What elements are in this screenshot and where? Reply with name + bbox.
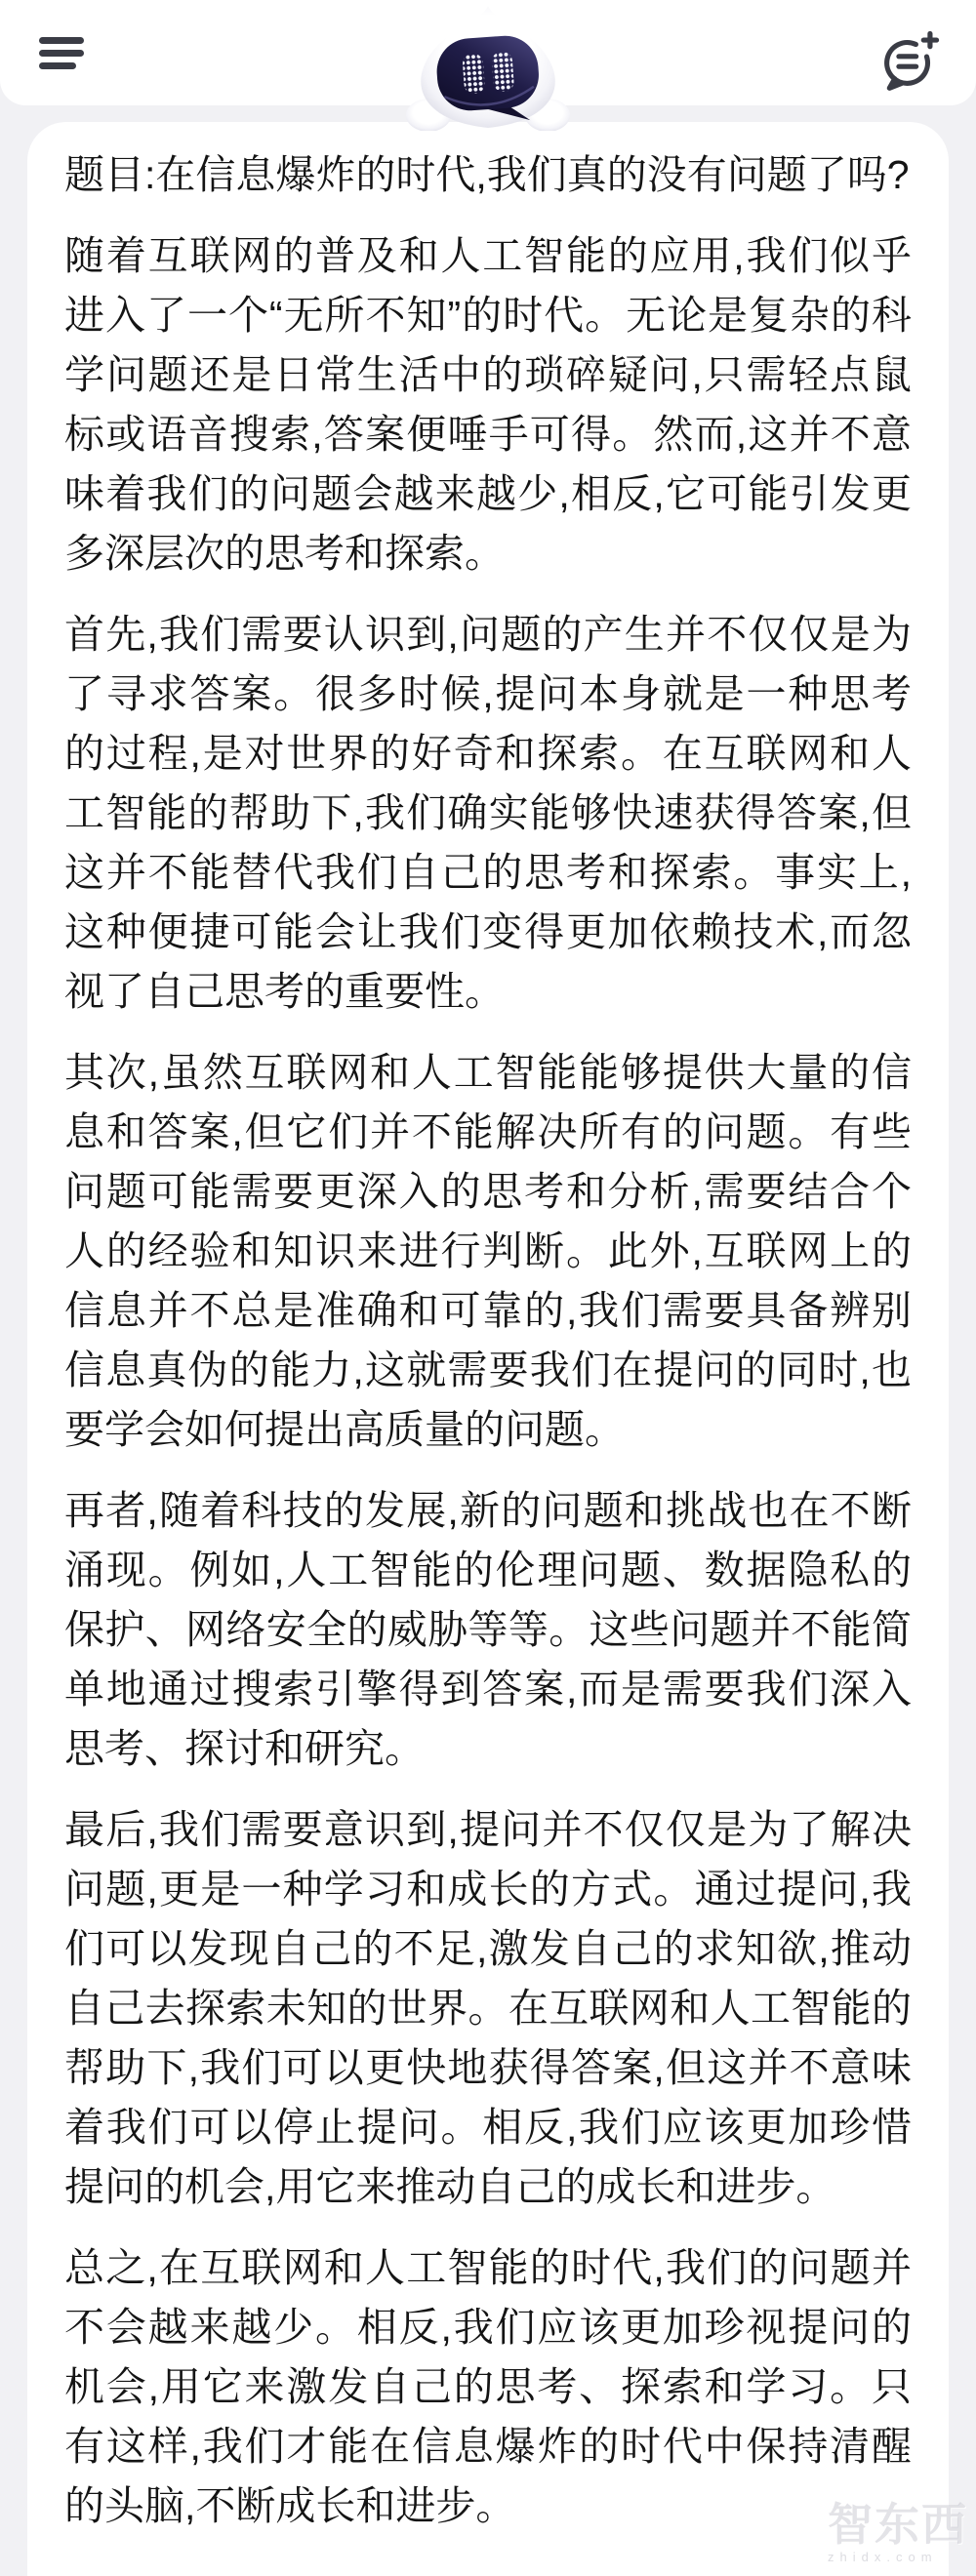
hamburger-menu-icon (39, 50, 84, 57)
hamburger-menu-icon (39, 37, 84, 44)
essay-paragraph: 其次,虽然互联网和人工智能能够提供大量的信息和答案,但它们并不能解决所有的问题。… (64, 1043, 912, 1460)
hamburger-menu-icon (39, 62, 76, 69)
mascot-left-eye (462, 53, 485, 94)
essay-paragraph: 总之,在互联网和人工智能的时代,我们的问题并不会越来越少。相反,我们应该更加珍视… (64, 2238, 912, 2536)
new-chat-icon (878, 29, 941, 92)
essay-paragraph: 再者,随着科技的发展,新的问题和挑战也在不断涌现。例如,人工智能的伦理问题、数据… (64, 1481, 912, 1779)
essay-paragraph: 最后,我们需要意识到,提问并不仅仅是为了解决问题,更是一种学习和成长的方式。通过… (64, 1800, 912, 2217)
mascot-right-eye (491, 51, 514, 92)
essay-card: 题目:在信息爆炸的时代,我们真的没有问题了吗? 随着互联网的普及和人工智能的应用… (27, 122, 949, 2576)
essay-title: 题目:在信息爆炸的时代,我们真的没有问题了吗? (64, 145, 912, 205)
essay-paragraph: 随着互联网的普及和人工智能的应用,我们似乎进入了一个“无所不知”的时代。无论是复… (64, 226, 912, 584)
menu-button[interactable] (39, 37, 86, 72)
essay-paragraph: 首先,我们需要认识到,问题的产生并不仅仅是为了寻求答案。很多时候,提问本身就是一… (64, 605, 912, 1022)
new-chat-button[interactable] (878, 29, 941, 92)
robot-mascot-logo (385, 4, 591, 131)
watermark-site: zhidx.com (828, 2550, 938, 2564)
